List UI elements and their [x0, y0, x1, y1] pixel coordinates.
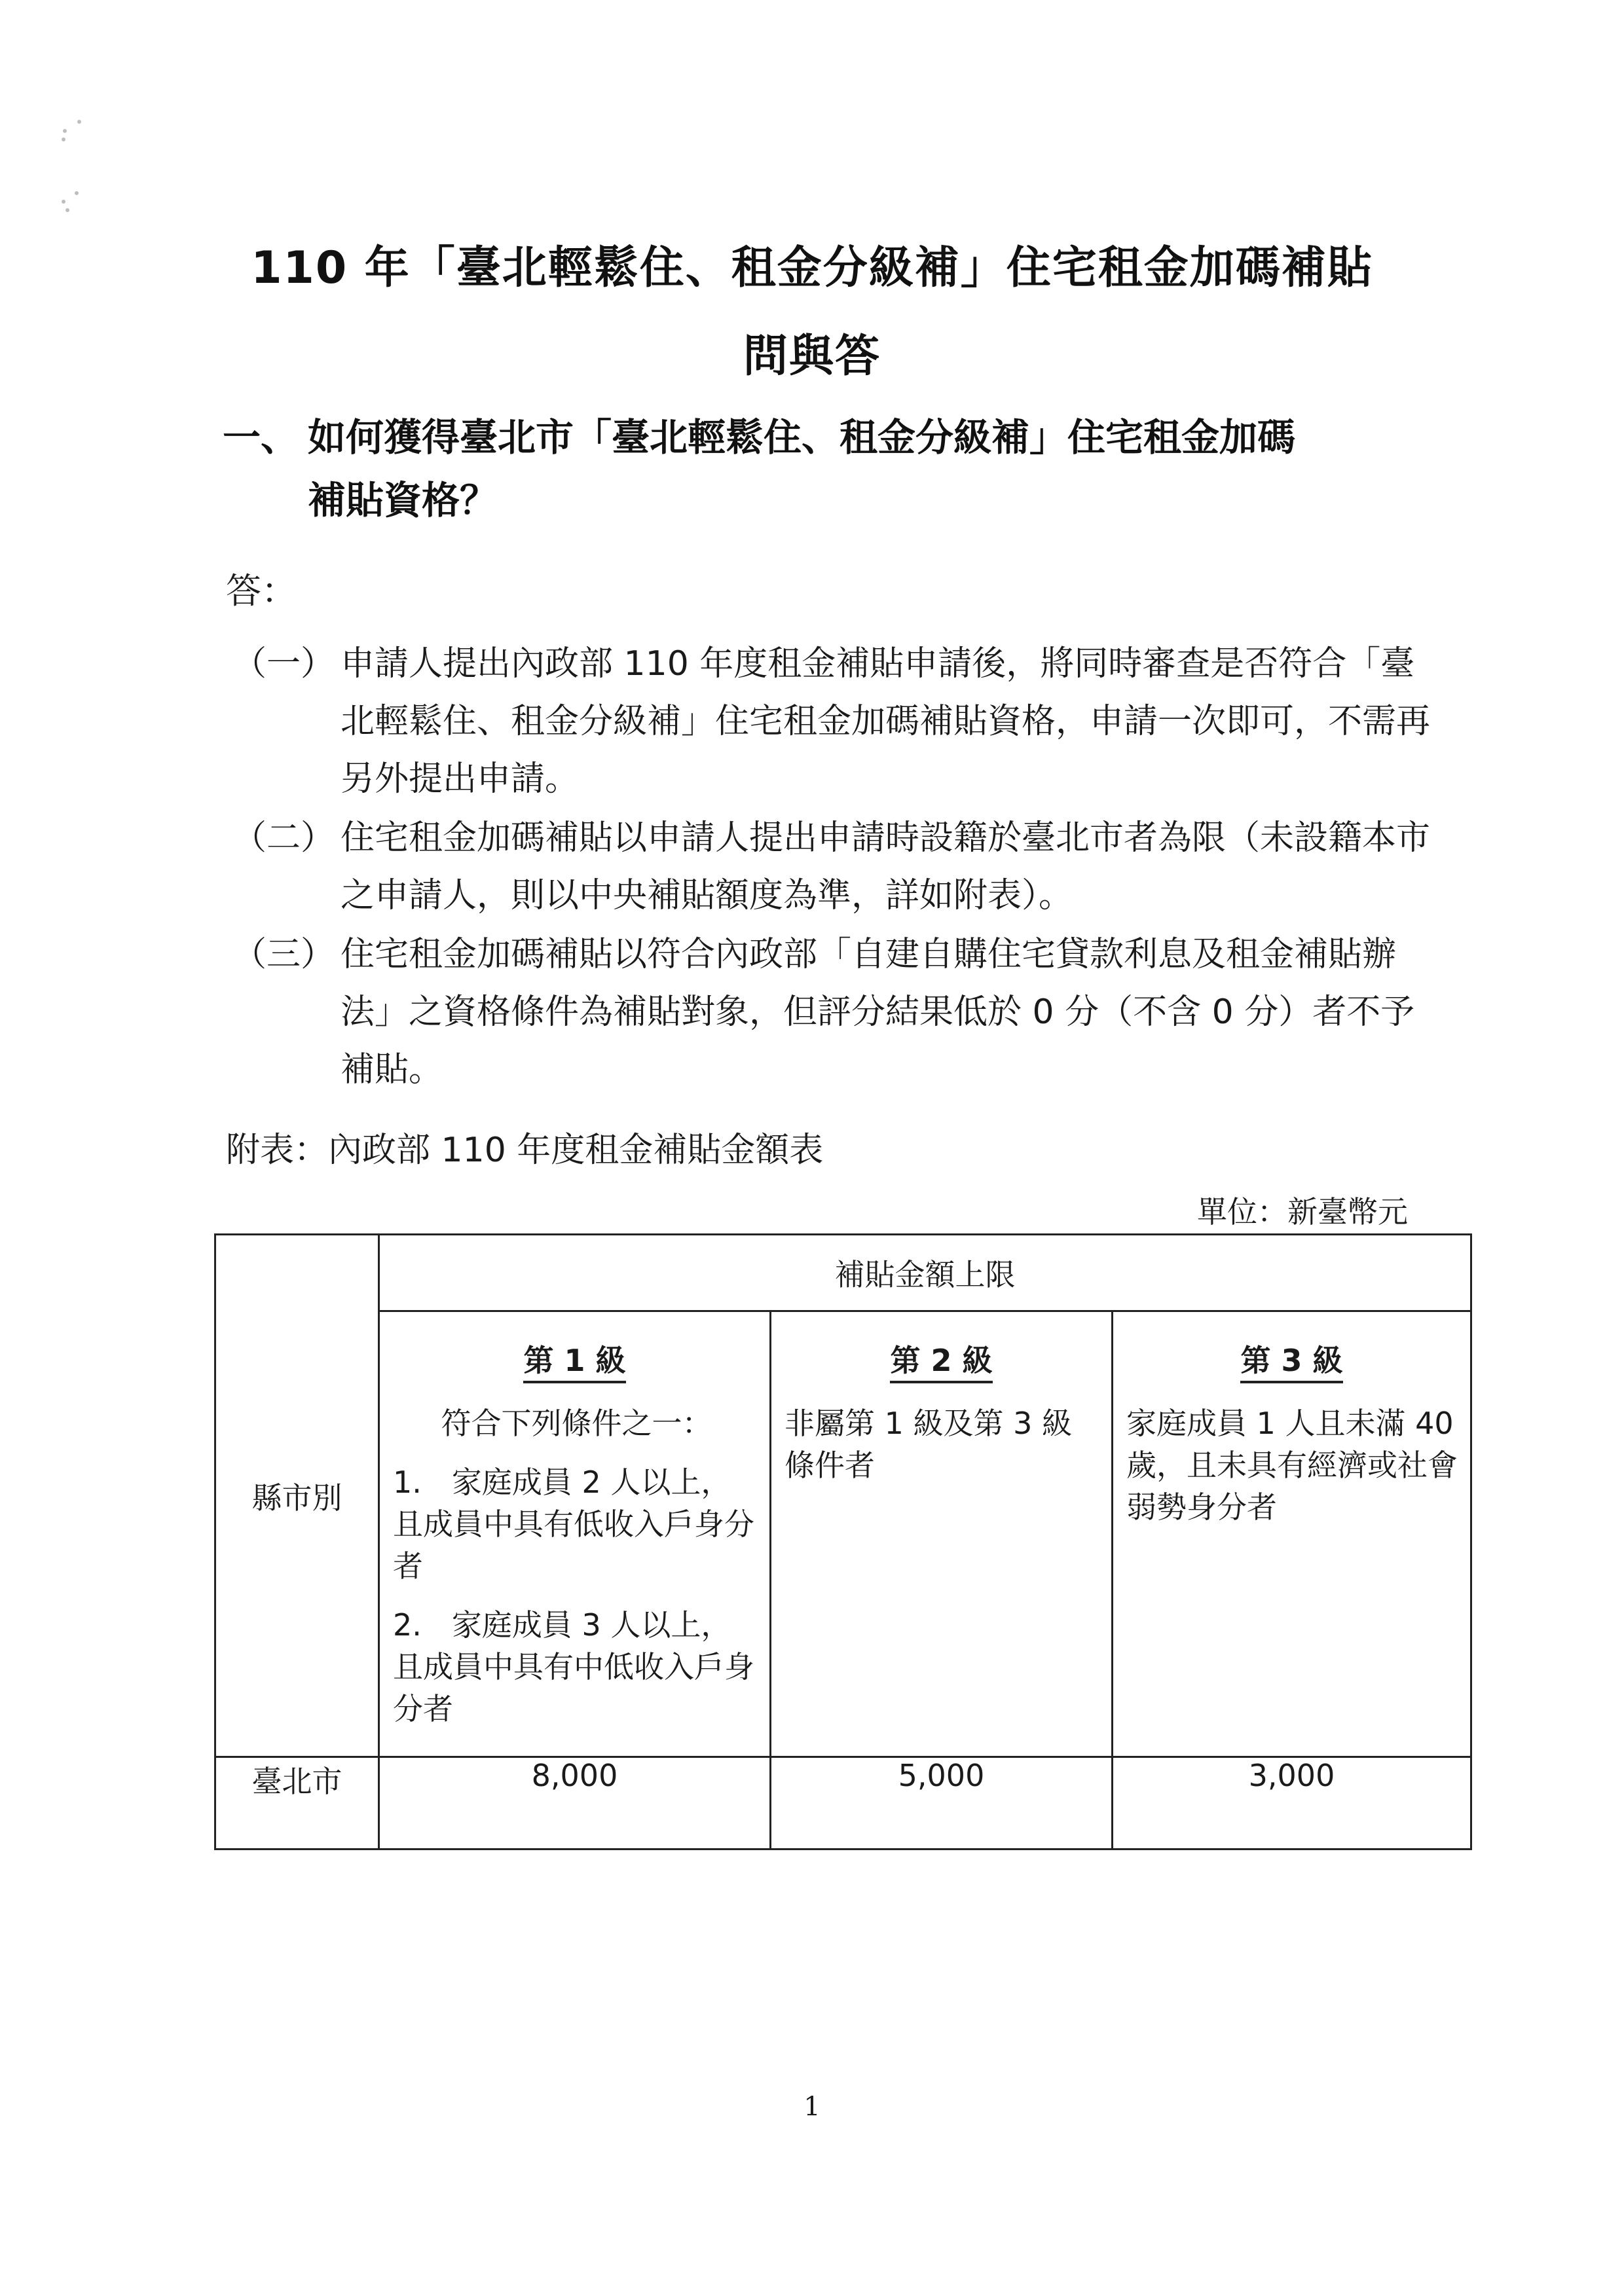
tier-3-title: 第 3 級 — [1240, 1343, 1342, 1383]
item-text: 住宅租金加碼補貼以申請人提出申請時設籍於臺北市者為限（未設籍本市之申請人，則以中… — [232, 809, 1431, 924]
unit-label: 單位：新臺幣元 — [1197, 1188, 1408, 1231]
group-header: 補貼金額上限 — [379, 1235, 1471, 1311]
item-text: 申請人提出內政部 110 年度租金補貼申請後，將同時審查是否符合「臺北輕鬆住、租… — [232, 635, 1431, 808]
subsidy-table: 縣市別 補貼金額上限 第 1 級 符合下列條件之一： 1. 家庭成員 2 人以上… — [214, 1233, 1472, 1850]
scan-artifact — [77, 120, 81, 124]
county-header: 縣市別 — [215, 1235, 379, 1757]
county-cell: 臺北市 — [215, 1757, 379, 1850]
question-text-line2: 補貼資格？ — [223, 469, 1414, 532]
answer-item: （二） 住宅租金加碼補貼以申請人提出申請時設籍於臺北市者為限（未設籍本市之申請人… — [232, 809, 1431, 924]
table-row: 臺北市 8,000 5,000 3,000 — [215, 1757, 1471, 1850]
tier-1-intro: 符合下列條件之一： — [380, 1402, 769, 1444]
answer-label: 答： — [226, 563, 297, 613]
item-marker: （二） — [232, 809, 335, 867]
tier-3-description: 家庭成員 1 人且未滿 40 歲，且未具有經濟或社會弱勢身分者 — [1113, 1402, 1470, 1528]
tier-2-description: 非屬第 1 級及第 3 級條件者 — [771, 1402, 1111, 1486]
document-subtitle: 問與答 — [0, 321, 1624, 384]
scan-artifact — [62, 200, 65, 204]
item-text: 住宅租金加碼補貼以符合內政部「自建自購住宅貸款利息及租金補貼辦法」之資格條件為補… — [232, 926, 1431, 1099]
tier-1-title: 第 1 級 — [523, 1343, 625, 1383]
page-number: 1 — [0, 2092, 1624, 2122]
tier-1-cell: 第 1 級 符合下列條件之一： 1. 家庭成員 2 人以上，且成員中具有低收入戶… — [379, 1311, 771, 1757]
tier-2-cell: 第 2 級 非屬第 1 級及第 3 級條件者 — [771, 1311, 1113, 1757]
question-heading: 一、如何獲得臺北市「臺北輕鬆住、租金分級補」住宅租金加碼 補貼資格？ — [223, 406, 1414, 532]
tier-2-amount: 5,000 — [771, 1757, 1113, 1850]
item-marker: （一） — [232, 635, 335, 693]
tier-3-amount: 3,000 — [1113, 1757, 1471, 1850]
question-number: 一、 — [223, 406, 308, 469]
answer-item: （一） 申請人提出內政部 110 年度租金補貼申請後，將同時審查是否符合「臺北輕… — [232, 635, 1431, 808]
question-text-line1: 如何獲得臺北市「臺北輕鬆住、租金分級補」住宅租金加碼 — [308, 415, 1295, 460]
scan-artifact — [63, 129, 67, 133]
scan-artifact — [62, 137, 65, 141]
tier-1-amount: 8,000 — [379, 1757, 771, 1850]
answer-item: （三） 住宅租金加碼補貼以符合內政部「自建自購住宅貸款利息及租金補貼辦法」之資格… — [232, 926, 1431, 1099]
tier-1-condition-1: 1. 家庭成員 2 人以上，且成員中具有低收入戶身分者 — [380, 1461, 769, 1587]
tier-2-title: 第 2 級 — [890, 1343, 992, 1383]
scan-artifact — [65, 208, 69, 212]
tier-1-condition-2: 2. 家庭成員 3 人以上，且成員中具有中低收入戶身分者 — [380, 1604, 769, 1730]
appendix-title: 附表：內政部 110 年度租金補貼金額表 — [226, 1122, 823, 1171]
tier-3-cell: 第 3 級 家庭成員 1 人且未滿 40 歲，且未具有經濟或社會弱勢身分者 — [1113, 1311, 1471, 1757]
scan-artifact — [75, 191, 79, 195]
document-title: 110 年「臺北輕鬆住、租金分級補」住宅租金加碼補貼 — [0, 232, 1624, 296]
item-marker: （三） — [232, 926, 335, 983]
